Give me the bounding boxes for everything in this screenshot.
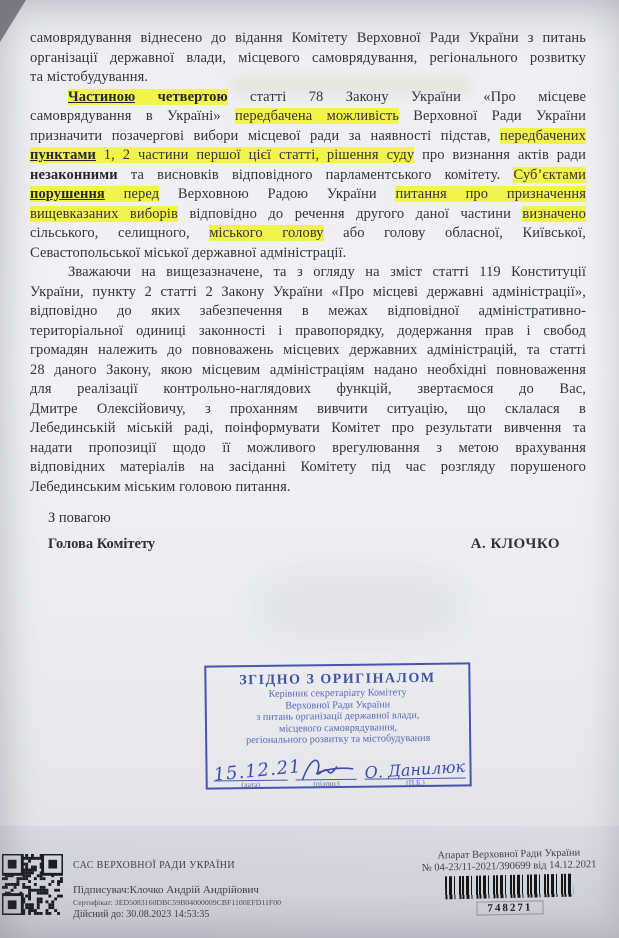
registration-number: № 04-23/11-2021/390699 від 14.12.2021 [422,859,597,874]
signer-line: Підписувач:Клочко Андрій Андрійович [73,884,281,896]
text-line: пунктами 1, 2 частини першої цієї статті… [30,146,586,166]
body-text: організації державної влади, місцевого с… [30,50,586,66]
text-line: призначити позачергові вибори місцевої р… [30,127,586,147]
paper-shadow-smudge [255,565,465,645]
body-text: статті 78 Закону України «Про місцеве [228,89,586,105]
body-text: відповідних матеріалів на засіданні Комі… [30,459,586,475]
text-line: України, пункту 2 статті 2 Закону Україн… [30,283,586,303]
stamp-title: ЗГІДНО З ОРИГІНАЛОМ [206,670,468,689]
highlighted-text: Суб’єктами [513,167,586,183]
text-line: Зважаючи на вищезазначене, та з огляду н… [30,263,586,283]
text-line: 28 даного Закону, якою місцевим адмініст… [30,361,586,381]
text-line: Лебединській міській раді, поінформувати… [30,419,586,439]
text-line: Дмитре Олексійовичу, з проханням вивчити… [30,400,586,420]
body-text: призначити позачергові вибори місцевої р… [30,128,500,144]
signer-name: А. КЛОЧКО [471,536,560,553]
body-text: сільського, селищного, [30,225,209,241]
text-line: порушення перед Верховною Радою України … [30,185,586,205]
paragraph: самоврядування віднесено до відання Комі… [30,29,586,88]
barcode [445,874,573,900]
text-line: Частиною четвертою статті 78 Закону Укра… [30,88,586,108]
text-line: Севастопольської міської державної адмін… [30,244,586,264]
body-text: Зважаючи на вищезазначене, та з огляду н… [68,264,586,280]
body-text: та висновків відповідного парламентськог… [118,167,514,183]
barcode-number: 748271 [476,900,543,915]
highlighted-text: порушення [30,186,105,202]
highlighted-text: четвертою [135,89,227,105]
highlighted-text: перед [105,186,159,202]
certificate-line: Сертифікат: 3ED5083160DBC59B04000009CBF1… [73,898,281,907]
highlighted-text: визначено [522,206,586,222]
text-line: та містобудування. [30,68,586,88]
text-line: Лебединським міським головою питання. [30,478,586,498]
body-text: 28 даного Закону, якою місцевим адмініст… [30,362,586,378]
body-text: Верховної Ради України [399,108,586,124]
body-text: та містобудування. [30,69,148,85]
text-line: сільського, селищного, міського голову а… [30,224,586,244]
text-line: для реалізації контрольно-наглядових фун… [30,380,586,400]
body-text: громадян належить до повноважень місцеви… [30,342,586,358]
highlighted-text: пунктами [30,147,96,163]
highlighted-text: передбачених [500,128,586,144]
document-body: самоврядування віднесено до відання Комі… [30,29,586,497]
sas-org-line: САС ВЕРХОВНОЇ РАДИ УКРАЇНИ [73,860,281,871]
highlighted-text: 1, 2 частини першої цієї статті, рішення… [96,147,414,163]
body-text: Дмитре Олексійовичу, з проханням вивчити… [30,401,586,417]
body-text: відповідно до яких забезпечення в межах … [30,303,586,319]
paragraph: Частиною четвертою статті 78 Закону Укра… [30,88,586,264]
text-line: відповідних матеріалів на засіданні Комі… [30,458,586,478]
stamp-date-field: 15.12.21 (дата) [213,761,287,782]
stamp-name-field: О. Данилюк (П.Б.) [365,759,466,779]
body-text: Севастопольської міської державної адмін… [30,245,346,261]
closing-phrase: З повагою [48,510,586,527]
qr-code [2,854,64,916]
paragraph: Зважаючи на вищезазначене, та з огляду н… [30,263,586,497]
stamp-signature-field: (підпис) [295,757,357,781]
body-text: Лебединській міській раді, поінформувати… [30,420,586,436]
text-line: відповідно до яких забезпечення в межах … [30,302,586,322]
body-text: надати пропозиції щодо її можливого врег… [30,440,586,456]
body-text: або голову обласної, Київської, [324,225,586,241]
highlighted-text: Частиною [68,89,135,105]
highlighted-text: міського голову [209,225,323,241]
text-line: самоврядування в Україні» передбачена мо… [30,107,586,127]
scanned-letter-page: самоврядування віднесено до відання Комі… [0,0,619,938]
highlighted-text: питання про призначення [395,186,586,202]
certification-stamp: ЗГІДНО З ОРИГІНАЛОМ Керівник секретаріат… [204,662,471,789]
body-text: Верховною Радою України [159,186,395,202]
body-text: самоврядування в Україні» [30,108,235,124]
stamp-line: регіонального розвитку та містобудування [207,733,469,748]
text-line: організації державної влади, місцевого с… [30,49,586,69]
body-text: самоврядування віднесено до відання Комі… [30,30,586,46]
footer-right: Апарат Верховної Ради України № 04-23/11… [422,847,598,918]
signer-role: Голова Комітету [48,536,155,553]
body-text: незаконними [30,167,118,183]
signature-label: (підпис) [296,779,358,789]
body-text: відповідно до речення другого даної част… [178,206,522,222]
text-line: громадян належить до повноважень місцеви… [30,341,586,361]
highlighted-text: вищевказаних виборів [30,206,178,222]
date-label: (дата) [214,780,288,790]
body-text: про визнання актів ради [414,147,586,163]
signature-block: З повагою Голова Комітету А. КЛОЧКО [30,510,586,553]
text-line: територіальної одиниці законності і прав… [30,322,586,342]
validity-line: Дійсний до: 30.08.2023 14:53:35 [73,909,281,920]
text-line: надати пропозиції щодо її можливого врег… [30,439,586,459]
text-line: самоврядування віднесено до відання Комі… [30,29,586,49]
body-text: територіальної одиниці законності і прав… [30,323,586,339]
text-line: незаконними та висновків відповідного па… [30,166,586,186]
footer-left: САС ВЕРХОВНОЇ РАДИ УКРАЇНИ Підписувач:Кл… [73,860,281,920]
highlighted-text: передбачена можливість [235,108,399,124]
text-line: вищевказаних виборів відповідно до речен… [30,205,586,225]
name-label: (П.Б.) [365,777,466,787]
body-text: для реалізації контрольно-наглядових фун… [30,381,586,397]
page-corner-fold [0,0,26,42]
body-text: Лебединським міським головою питання. [30,479,291,495]
body-text: України, пункту 2 статті 2 Закону Україн… [30,284,586,300]
